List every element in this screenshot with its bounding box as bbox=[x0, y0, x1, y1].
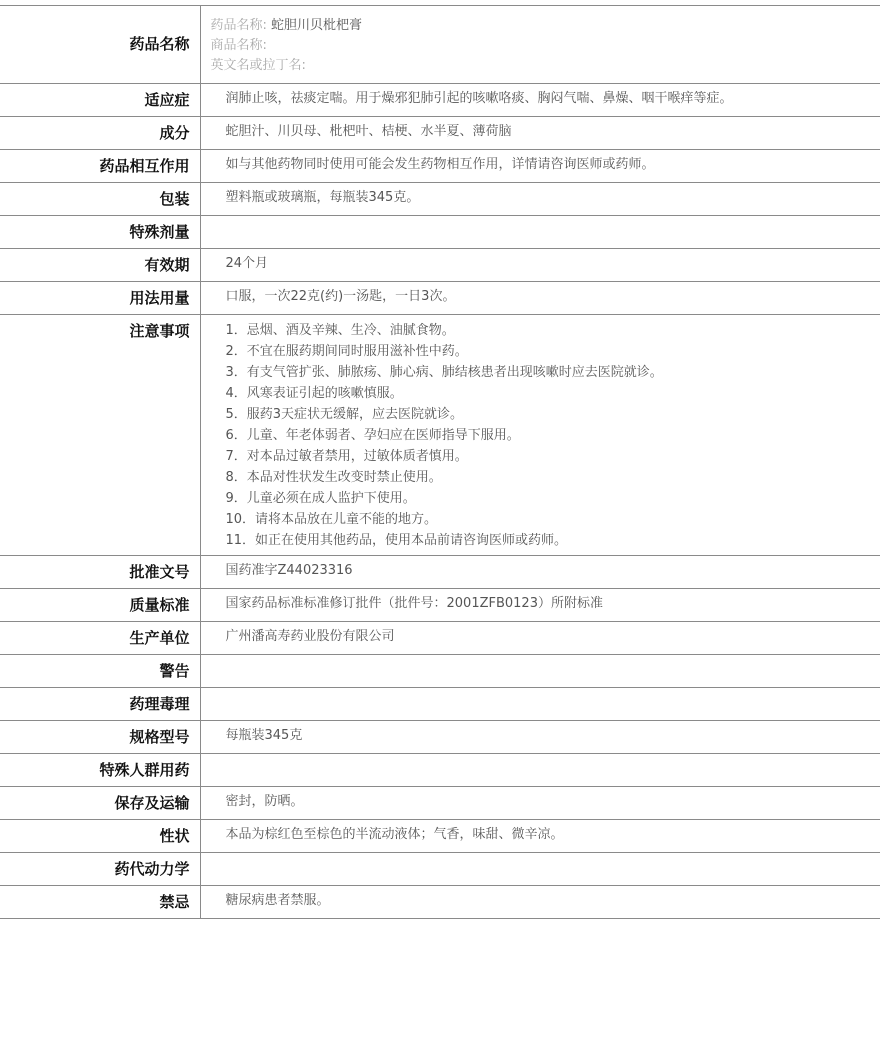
value-description: 本品为棕红色至棕色的半流动液体；气香，味甜、微辛凉。 bbox=[200, 820, 880, 853]
label-packaging: 包装 bbox=[0, 183, 200, 216]
row-approval-number: 批准文号 国药准字Z44023316 bbox=[0, 556, 880, 589]
row-warning: 警告 bbox=[0, 655, 880, 688]
precaution-item: 9．儿童必须在成人监护下使用。 bbox=[226, 488, 880, 509]
label-precautions: 注意事项 bbox=[0, 315, 200, 556]
row-description: 性状 本品为棕红色至棕色的半流动液体；气香，味甜、微辛凉。 bbox=[0, 820, 880, 853]
value-approval-number: 国药准字Z44023316 bbox=[200, 556, 880, 589]
row-interactions: 药品相互作用 如与其他药物同时使用可能会发生药物相互作用，详情请咨询医师或药师。 bbox=[0, 150, 880, 183]
label-approval-number: 批准文号 bbox=[0, 556, 200, 589]
label-interactions: 药品相互作用 bbox=[0, 150, 200, 183]
row-storage-transport: 保存及运输 密封，防晒。 bbox=[0, 787, 880, 820]
generic-name-line: 药品名称: 蛇胆川贝枇杷膏 bbox=[211, 16, 880, 36]
value-contraindications: 糖尿病患者禁服。 bbox=[200, 886, 880, 919]
precaution-item: 1．忌烟、酒及辛辣、生冷、油腻食物。 bbox=[226, 320, 880, 341]
value-precautions: 1．忌烟、酒及辛辣、生冷、油腻食物。 2．不宜在服药期间同时服用滋补性中药。 3… bbox=[200, 315, 880, 556]
precaution-item: 5．服药3天症状无缓解，应去医院就诊。 bbox=[226, 404, 880, 425]
label-pharmacokinetics: 药代动力学 bbox=[0, 853, 200, 886]
label-shelf-life: 有效期 bbox=[0, 249, 200, 282]
precaution-item: 11．如正在使用其他药品，使用本品前请咨询医师或药师。 bbox=[226, 530, 880, 551]
generic-name-value: 蛇胆川贝枇杷膏 bbox=[271, 18, 362, 33]
label-specification: 规格型号 bbox=[0, 721, 200, 754]
value-shelf-life: 24个月 bbox=[200, 249, 880, 282]
row-contraindications: 禁忌 糖尿病患者禁服。 bbox=[0, 886, 880, 919]
trade-name-key: 商品名称: bbox=[211, 38, 267, 53]
value-specification: 每瓶装345克 bbox=[200, 721, 880, 754]
value-quality-standard: 国家药品标准标准修订批件（批件号：2001ZFB0123）所附标准 bbox=[200, 589, 880, 622]
row-specification: 规格型号 每瓶装345克 bbox=[0, 721, 880, 754]
trade-name-line: 商品名称: bbox=[211, 36, 880, 56]
label-warning: 警告 bbox=[0, 655, 200, 688]
label-special-dosage: 特殊剂量 bbox=[0, 216, 200, 249]
value-indications: 润肺止咳，祛痰定喘。用于燥邪犯肺引起的咳嗽咯痰、胸闷气喘、鼻燥、咽干喉痒等症。 bbox=[200, 84, 880, 117]
value-pharmacokinetics bbox=[200, 853, 880, 886]
precaution-item: 6．儿童、年老体弱者、孕妇应在医师指导下服用。 bbox=[226, 425, 880, 446]
drug-spec-table: 药品名称 药品名称: 蛇胆川贝枇杷膏 商品名称: 英文名或拉丁名: 适应症 润肺… bbox=[0, 5, 880, 919]
value-manufacturer: 广州潘高寿药业股份有限公司 bbox=[200, 622, 880, 655]
value-drug-name-block: 药品名称: 蛇胆川贝枇杷膏 商品名称: 英文名或拉丁名: bbox=[200, 6, 880, 84]
generic-name-key: 药品名称: bbox=[211, 18, 267, 33]
label-indications: 适应症 bbox=[0, 84, 200, 117]
precaution-item: 8．本品对性状发生改变时禁止使用。 bbox=[226, 467, 880, 488]
precaution-item: 2．不宜在服药期间同时服用滋补性中药。 bbox=[226, 341, 880, 362]
value-pharmacology-toxicology bbox=[200, 688, 880, 721]
value-warning bbox=[200, 655, 880, 688]
precaution-item: 3．有支气管扩张、肺脓疡、肺心病、肺结核患者出现咳嗽时应去医院就诊。 bbox=[226, 362, 880, 383]
row-ingredients: 成分 蛇胆汁、川贝母、枇杷叶、桔梗、水半夏、薄荷脑 bbox=[0, 117, 880, 150]
label-manufacturer: 生产单位 bbox=[0, 622, 200, 655]
english-name-line: 英文名或拉丁名: bbox=[211, 56, 880, 76]
row-special-dosage: 特殊剂量 bbox=[0, 216, 880, 249]
row-dosage: 用法用量 口服，一次22克(约)一汤匙，一日3次。 bbox=[0, 282, 880, 315]
label-contraindications: 禁忌 bbox=[0, 886, 200, 919]
label-drug-name: 药品名称 bbox=[0, 6, 200, 84]
label-description: 性状 bbox=[0, 820, 200, 853]
row-precautions: 注意事项 1．忌烟、酒及辛辣、生冷、油腻食物。 2．不宜在服药期间同时服用滋补性… bbox=[0, 315, 880, 556]
row-packaging: 包装 塑料瓶或玻璃瓶，每瓶装345克。 bbox=[0, 183, 880, 216]
value-packaging: 塑料瓶或玻璃瓶，每瓶装345克。 bbox=[200, 183, 880, 216]
precaution-item: 7．对本品过敏者禁用，过敏体质者慎用。 bbox=[226, 446, 880, 467]
row-pharmacokinetics: 药代动力学 bbox=[0, 853, 880, 886]
value-special-populations bbox=[200, 754, 880, 787]
value-storage-transport: 密封，防晒。 bbox=[200, 787, 880, 820]
row-pharmacology-toxicology: 药理毒理 bbox=[0, 688, 880, 721]
label-quality-standard: 质量标准 bbox=[0, 589, 200, 622]
label-storage-transport: 保存及运输 bbox=[0, 787, 200, 820]
label-pharmacology-toxicology: 药理毒理 bbox=[0, 688, 200, 721]
row-quality-standard: 质量标准 国家药品标准标准修订批件（批件号：2001ZFB0123）所附标准 bbox=[0, 589, 880, 622]
row-manufacturer: 生产单位 广州潘高寿药业股份有限公司 bbox=[0, 622, 880, 655]
value-interactions: 如与其他药物同时使用可能会发生药物相互作用，详情请咨询医师或药师。 bbox=[200, 150, 880, 183]
precaution-item: 4．风寒表证引起的咳嗽慎服。 bbox=[226, 383, 880, 404]
precautions-list: 1．忌烟、酒及辛辣、生冷、油腻食物。 2．不宜在服药期间同时服用滋补性中药。 3… bbox=[226, 320, 880, 551]
row-shelf-life: 有效期 24个月 bbox=[0, 249, 880, 282]
row-drug-name: 药品名称 药品名称: 蛇胆川贝枇杷膏 商品名称: 英文名或拉丁名: bbox=[0, 6, 880, 84]
label-special-populations: 特殊人群用药 bbox=[0, 754, 200, 787]
label-ingredients: 成分 bbox=[0, 117, 200, 150]
value-ingredients: 蛇胆汁、川贝母、枇杷叶、桔梗、水半夏、薄荷脑 bbox=[200, 117, 880, 150]
value-dosage: 口服，一次22克(约)一汤匙，一日3次。 bbox=[200, 282, 880, 315]
value-special-dosage bbox=[200, 216, 880, 249]
label-dosage: 用法用量 bbox=[0, 282, 200, 315]
row-special-populations: 特殊人群用药 bbox=[0, 754, 880, 787]
row-indications: 适应症 润肺止咳，祛痰定喘。用于燥邪犯肺引起的咳嗽咯痰、胸闷气喘、鼻燥、咽干喉痒… bbox=[0, 84, 880, 117]
english-name-key: 英文名或拉丁名: bbox=[211, 58, 306, 73]
precaution-item: 10．请将本品放在儿童不能的地方。 bbox=[226, 509, 880, 530]
